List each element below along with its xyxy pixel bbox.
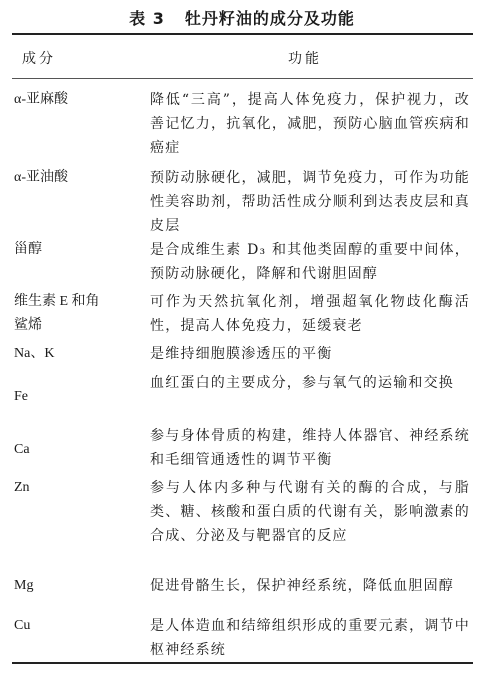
component-cell: α-亚麻酸 xyxy=(14,88,134,112)
component-cell: Zn xyxy=(14,476,134,500)
table-number: 表 3 xyxy=(129,9,165,28)
function-cell: 参与身体骨质的构建，维持人体器官、神经系统和毛细管通透性的调节平衡 xyxy=(150,424,470,472)
component-cell: 甾醇 xyxy=(14,238,134,262)
component-cell: Cu xyxy=(14,614,134,638)
function-cell: 降低“三高”，提高人体免疫力，保护视力，改善记忆力，抗氧化，减肥，预防心脑血管疾… xyxy=(150,88,470,160)
function-cell: 促进骨骼生长，保护神经系统，降低血胆固醇 xyxy=(150,574,470,598)
function-cell: 血红蛋白的主要成分，参与氧气的运输和交换 xyxy=(150,371,470,395)
bottom-rule xyxy=(12,662,473,664)
top-rule xyxy=(12,33,473,35)
header-function: 功能 xyxy=(288,48,322,68)
component-cell: α-亚油酸 xyxy=(14,166,134,190)
header-component: 成分 xyxy=(22,48,56,68)
component-cell: Mg xyxy=(14,574,134,598)
function-cell: 是合成维生素 D₃ 和其他类固醇的重要中间体，预防动脉硬化，降解和代谢胆固醇 xyxy=(150,238,470,286)
function-cell: 可作为天然抗氧化剂，增强超氧化物歧化酶活性，提高人体免疫力，延缓衰老 xyxy=(150,290,470,338)
table-caption: 牡丹籽油的成分及功能 xyxy=(185,9,355,28)
table-title: 表 3牡丹籽油的成分及功能 xyxy=(0,6,484,29)
function-cell: 是维持细胞膜渗透压的平衡 xyxy=(150,342,470,366)
component-cell: 维生素 E 和角鲨烯 xyxy=(14,290,104,338)
function-cell: 参与人体内多种与代谢有关的酶的合成，与脂类、糖、核酸和蛋白质的代谢有关，影响激素… xyxy=(150,476,470,548)
component-cell: Fe xyxy=(14,385,134,409)
component-cell: Na、K xyxy=(14,342,134,366)
component-cell: Ca xyxy=(14,438,134,462)
function-cell: 预防动脉硬化，减肥，调节免疫力，可作为功能性美容助剂，帮助活性成分顺利到达表皮层… xyxy=(150,166,470,238)
function-cell: 是人体造血和结缔组织形成的重要元素，调节中枢神经系统 xyxy=(150,614,470,662)
header-rule xyxy=(12,78,473,79)
